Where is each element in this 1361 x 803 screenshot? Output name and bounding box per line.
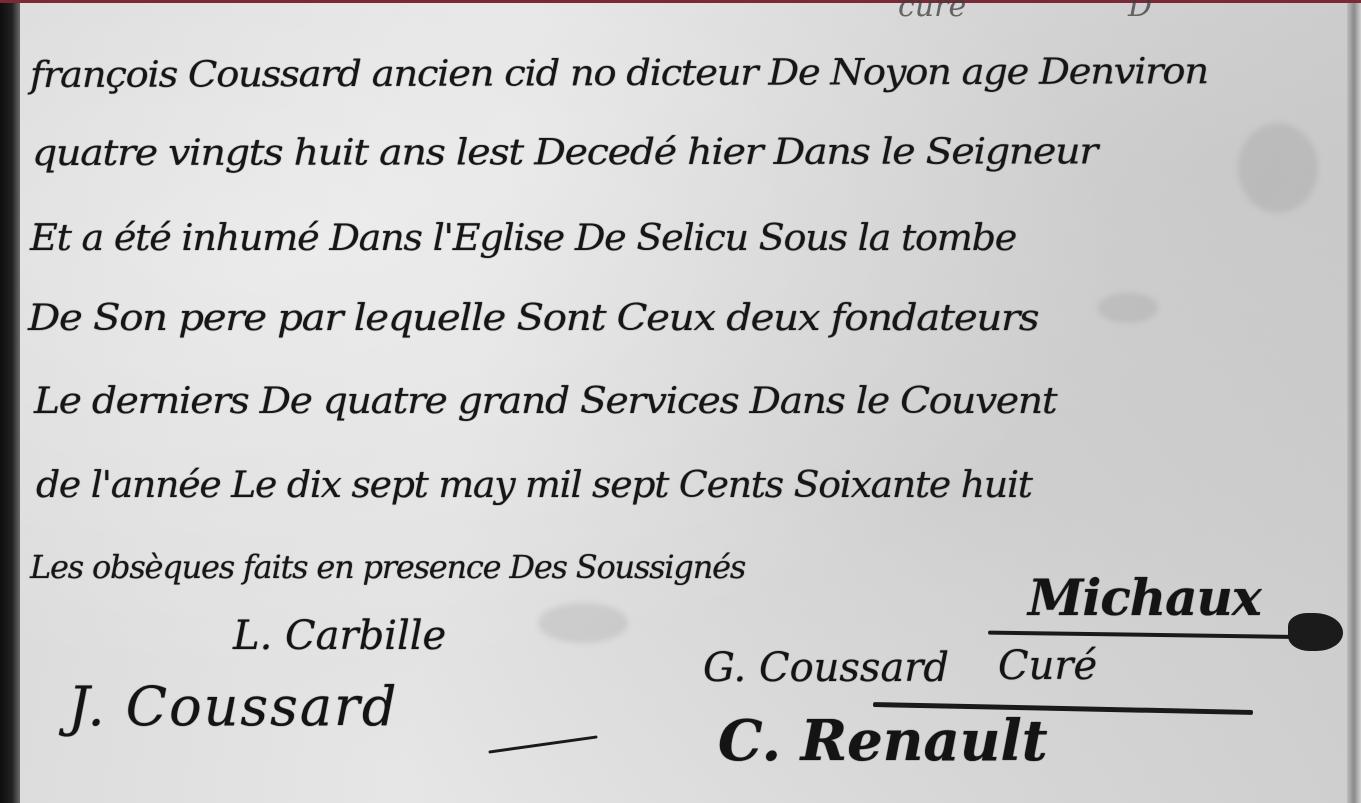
- signature-michaux: Michaux: [1028, 568, 1261, 627]
- text-line-5: Le derniers De quatre grand Services Dan…: [34, 381, 1056, 422]
- signature-cure: Curé: [998, 643, 1097, 689]
- document-page: cure D françois Coussard ancien cid no d…: [18, 3, 1361, 803]
- signature-j-coussard: J. Coussard: [68, 675, 398, 738]
- text-line-3: Et a été inhumé Dans l'Eglise De Selicu …: [30, 218, 1016, 259]
- bleed-through-text: D: [1128, 0, 1152, 24]
- ink-blot: [1288, 613, 1343, 651]
- paper-stain: [538, 603, 628, 643]
- text-line-2: quatre vingts huit ans lest Decedé hier …: [32, 131, 1097, 174]
- scan-right-edge: [1347, 3, 1361, 803]
- signature-renault: C. Renault: [718, 708, 1048, 774]
- text-line-6: de l'année Le dix sept may mil sept Cent…: [36, 465, 1032, 506]
- scan-left-edge: [0, 3, 20, 803]
- signature-flourish: [488, 735, 597, 753]
- paper-stain: [1098, 293, 1158, 323]
- text-line-1: françois Coussard ancien cid no dicteur …: [30, 51, 1208, 96]
- signature-flourish-line: [988, 631, 1328, 640]
- text-line-7: Les obsèques faits en presence Des Souss…: [30, 548, 745, 586]
- bleed-through-text: cure: [898, 0, 966, 24]
- signature-carbille: L. Carbille: [233, 613, 446, 659]
- text-line-4: De Son pere par lequelle Sont Ceux deux …: [28, 298, 1038, 339]
- signature-g-coussard: G. Coussard: [703, 645, 949, 691]
- paper-stain: [1238, 123, 1318, 213]
